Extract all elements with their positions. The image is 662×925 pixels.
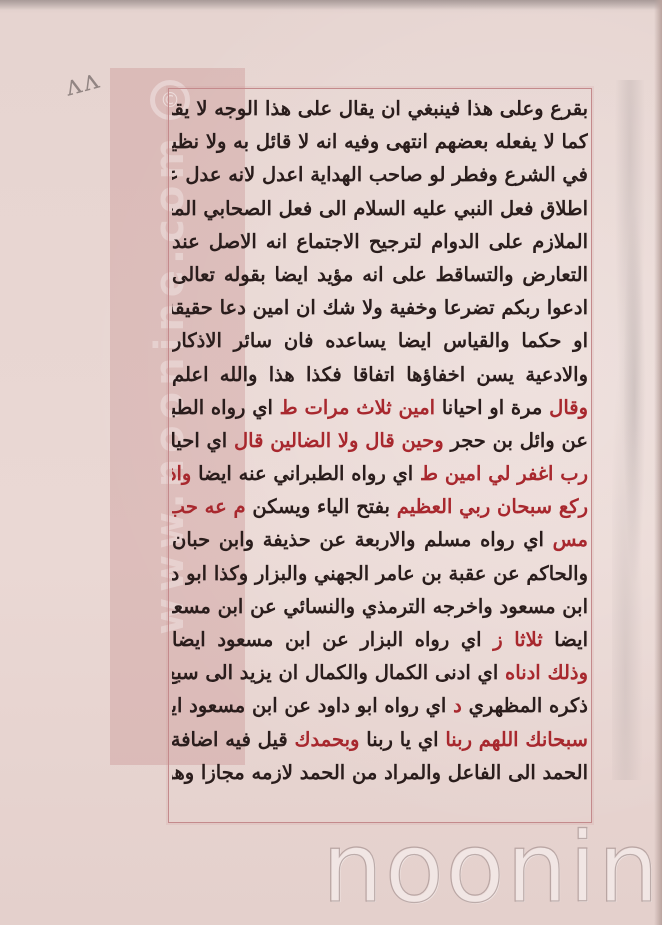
paper-right-edge: [654, 0, 662, 925]
manuscript-text: بقرع وعلى هذا فينبغي ان يقال على هذا الو…: [172, 92, 588, 820]
body-text: اي رواه الطبراني: [172, 396, 273, 419]
manuscript-line: رب اغفر لي امين ط اي رواه الطبراني عنه ا…: [172, 457, 588, 490]
body-text: بقرع وعلى هذا فينبغي ان يقال على هذا الو…: [172, 97, 588, 120]
rubric-text: سبحانك اللهم ربنا: [439, 728, 588, 751]
body-text: او حكما والقياس ايضا يساعده فان سائر الا…: [172, 329, 588, 352]
rubric-text: مس: [544, 528, 588, 551]
body-text: الملازم على الدوام لترجيح الاجتماع انه ا…: [172, 230, 588, 253]
body-text: اي يا ربنا: [359, 728, 438, 751]
bleed-through-ghost: [612, 80, 657, 780]
body-text: ايضا: [543, 628, 588, 651]
manuscript-line: مس اي رواه مسلم والاربعة عن حذيفة وابن ح…: [172, 523, 588, 556]
manuscript-line: سبحانك اللهم ربنا اي يا ربنا وبحمدك قيل …: [172, 723, 588, 756]
body-text: اي ادنى الكمال والكمال ان يزيد الى سبع م…: [172, 661, 498, 684]
manuscript-line: بقرع وعلى هذا فينبغي ان يقال على هذا الو…: [172, 92, 588, 125]
rubric-text: د: [446, 694, 461, 717]
rubric-text: ثلاثا ز: [482, 628, 543, 651]
body-text: اي رواه ابو داود عن ابن مسعود ايضا: [172, 694, 446, 717]
rubric-text: وذلك ادناه: [498, 661, 588, 684]
rubric-text: واذا: [172, 462, 191, 485]
rubric-text: م عه حب: [172, 495, 246, 518]
body-text: ذكره المظهري: [462, 694, 588, 717]
body-text: عن وائل بن حجر: [444, 429, 588, 452]
body-text: قيل فيه اضافة: [172, 728, 288, 751]
manuscript-line: عن وائل بن حجر وحين قال ولا الضالين قال …: [172, 424, 588, 457]
bottom-watermark: noonin: [322, 828, 661, 908]
body-text: والادعية يسن اخفاؤها اتفاقا فكذا هذا وال…: [172, 363, 588, 386]
body-text: ادعوا ربكم تضرعا وخفية ولا شك ان امين دع…: [172, 296, 588, 319]
body-text: اي رواه البزار عن ابن مسعود ايضا: [172, 628, 482, 651]
manuscript-line: اطلاق فعل النبي عليه السلام الى فعل الصح…: [172, 192, 588, 225]
manuscript-line: والحاكم عن عقبة بن عامر الجهني والبزار و…: [172, 557, 588, 590]
top-edge-shadow: [0, 0, 662, 10]
manuscript-line: او حكما والقياس ايضا يساعده فان سائر الا…: [172, 324, 588, 357]
body-text: كما لا يفعله بعضهم انتهى وفيه انه لا قائ…: [172, 130, 588, 153]
body-text: اي احيانا: [172, 429, 227, 452]
body-text: الحمد الى الفاعل والمراد من الحمد لازمه …: [172, 761, 588, 784]
body-text: اي رواه مسلم والاربعة عن حذيفة وابن حبان: [172, 528, 544, 551]
rubric-text: امين ثلاث مرات ط: [273, 396, 435, 419]
rubric-text: وبحمدك: [288, 728, 360, 751]
body-text: اطلاق فعل النبي عليه السلام الى فعل الصح…: [172, 197, 588, 220]
manuscript-line: ركع سبحان ربي العظيم بفتح الياء ويسكن م …: [172, 490, 588, 523]
manuscript-line: والادعية يسن اخفاؤها اتفاقا فكذا هذا وال…: [172, 358, 588, 391]
body-text: والحاكم عن عقبة بن عامر الجهني والبزار و…: [172, 562, 588, 585]
manuscript-line: ذكره المظهري د اي رواه ابو داود عن ابن م…: [172, 689, 588, 722]
manuscript-line: وذلك ادناه اي ادنى الكمال والكمال ان يزي…: [172, 656, 588, 689]
rubric-text: ركع سبحان ربي العظيم: [390, 495, 588, 518]
manuscript-line: في الشرع وفطر لو صاحب الهداية اعدل لانه …: [172, 158, 588, 191]
body-text: بفتح الياء ويسكن: [246, 495, 390, 518]
body-text: التعارض والتساقط على انه مؤيد ايضا بقوله…: [172, 263, 588, 286]
manuscript-line: ادعوا ربكم تضرعا وخفية ولا شك ان امين دع…: [172, 291, 588, 324]
manuscript-line: ايضا ثلاثا ز اي رواه البزار عن ابن مسعود…: [172, 623, 588, 656]
body-text: في الشرع وفطر لو صاحب الهداية اعدل لانه …: [172, 163, 588, 186]
manuscript-line: كما لا يفعله بعضهم انتهى وفيه انه لا قائ…: [172, 125, 588, 158]
manuscript-line: وقال مرة او احيانا امين ثلاث مرات ط اي ر…: [172, 391, 588, 424]
body-text: اي رواه الطبراني عنه ايضا: [191, 462, 413, 485]
manuscript-line: ابن مسعود واخرجه الترمذي والنسائي عن ابن…: [172, 590, 588, 623]
rubric-text: وحين قال ولا الضالين قال: [227, 429, 443, 452]
manuscript-line: الحمد الى الفاعل والمراد من الحمد لازمه …: [172, 756, 588, 789]
body-text: ابن مسعود واخرجه الترمذي والنسائي عن ابن…: [172, 595, 588, 618]
body-text: مرة او احيانا: [435, 396, 542, 419]
rubric-text: رب اغفر لي امين ط: [413, 462, 588, 485]
manuscript-page: ʌʌ © www.noonine.com بقرع وعلى هذا فينبغ…: [0, 0, 662, 925]
rubric-text: وقال: [542, 396, 588, 419]
manuscript-line: الملازم على الدوام لترجيح الاجتماع انه ا…: [172, 225, 588, 258]
manuscript-line: التعارض والتساقط على انه مؤيد ايضا بقوله…: [172, 258, 588, 291]
